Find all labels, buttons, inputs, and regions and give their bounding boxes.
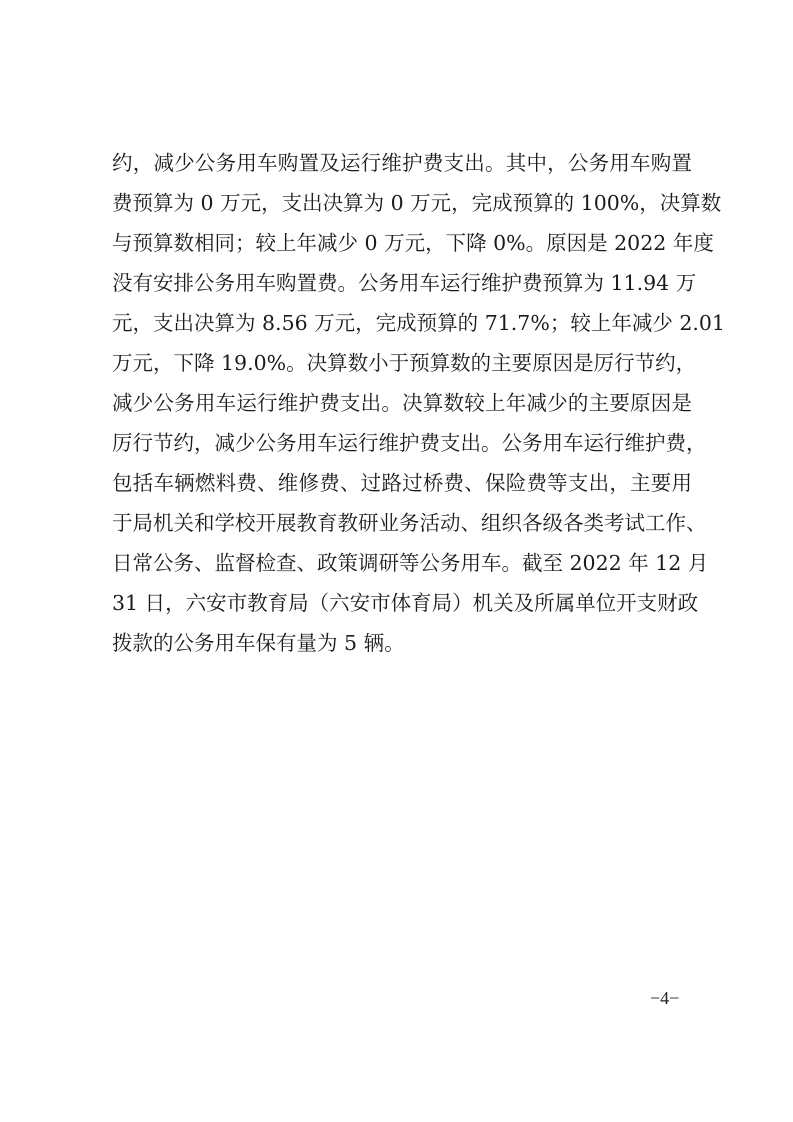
text-line: 包括车辆燃料费、维修费、过路过桥费、保险费等支出，主要用 [112,463,692,503]
document-page: 约，减少公务用车购置及运行维护费支出。其中，公务用车购置 费预算为 0 万元，支… [0,0,793,1122]
text-line: 31 日，六安市教育局（六安市体育局）机关及所属单位开支财政 [112,583,692,623]
text-line: 费预算为 0 万元，支出决算为 0 万元，完成预算的 100%，决算数 [112,183,692,223]
text-line: 拨款的公务用车保有量为 5 辆。 [112,623,692,663]
text-line: 于局机关和学校开展教育教研业务活动、组织各级各类考试工作、 [112,503,692,543]
body-paragraph: 约，减少公务用车购置及运行维护费支出。其中，公务用车购置 费预算为 0 万元，支… [112,143,692,663]
text-line: 没有安排公务用车购置费。公务用车运行维护费预算为 11.94 万 [112,263,692,303]
text-line: 减少公务用车运行维护费支出。决算数较上年减少的主要原因是 [112,383,692,423]
text-line: 约，减少公务用车购置及运行维护费支出。其中，公务用车购置 [112,143,692,183]
text-line: 万元，下降 19.0%。决算数小于预算数的主要原因是厉行节约， [112,343,692,383]
text-line: 元，支出决算为 8.56 万元，完成预算的 71.7%；较上年减少 2.01 [112,303,692,343]
text-line: 厉行节约，减少公务用车运行维护费支出。公务用车运行维护费， [112,423,692,463]
page-number: −4− [650,988,679,1009]
text-line: 与预算数相同；较上年减少 0 万元，下降 0%。原因是 2022 年度 [112,223,692,263]
text-line: 日常公务、监督检查、政策调研等公务用车。截至 2022 年 12 月 [112,543,692,583]
